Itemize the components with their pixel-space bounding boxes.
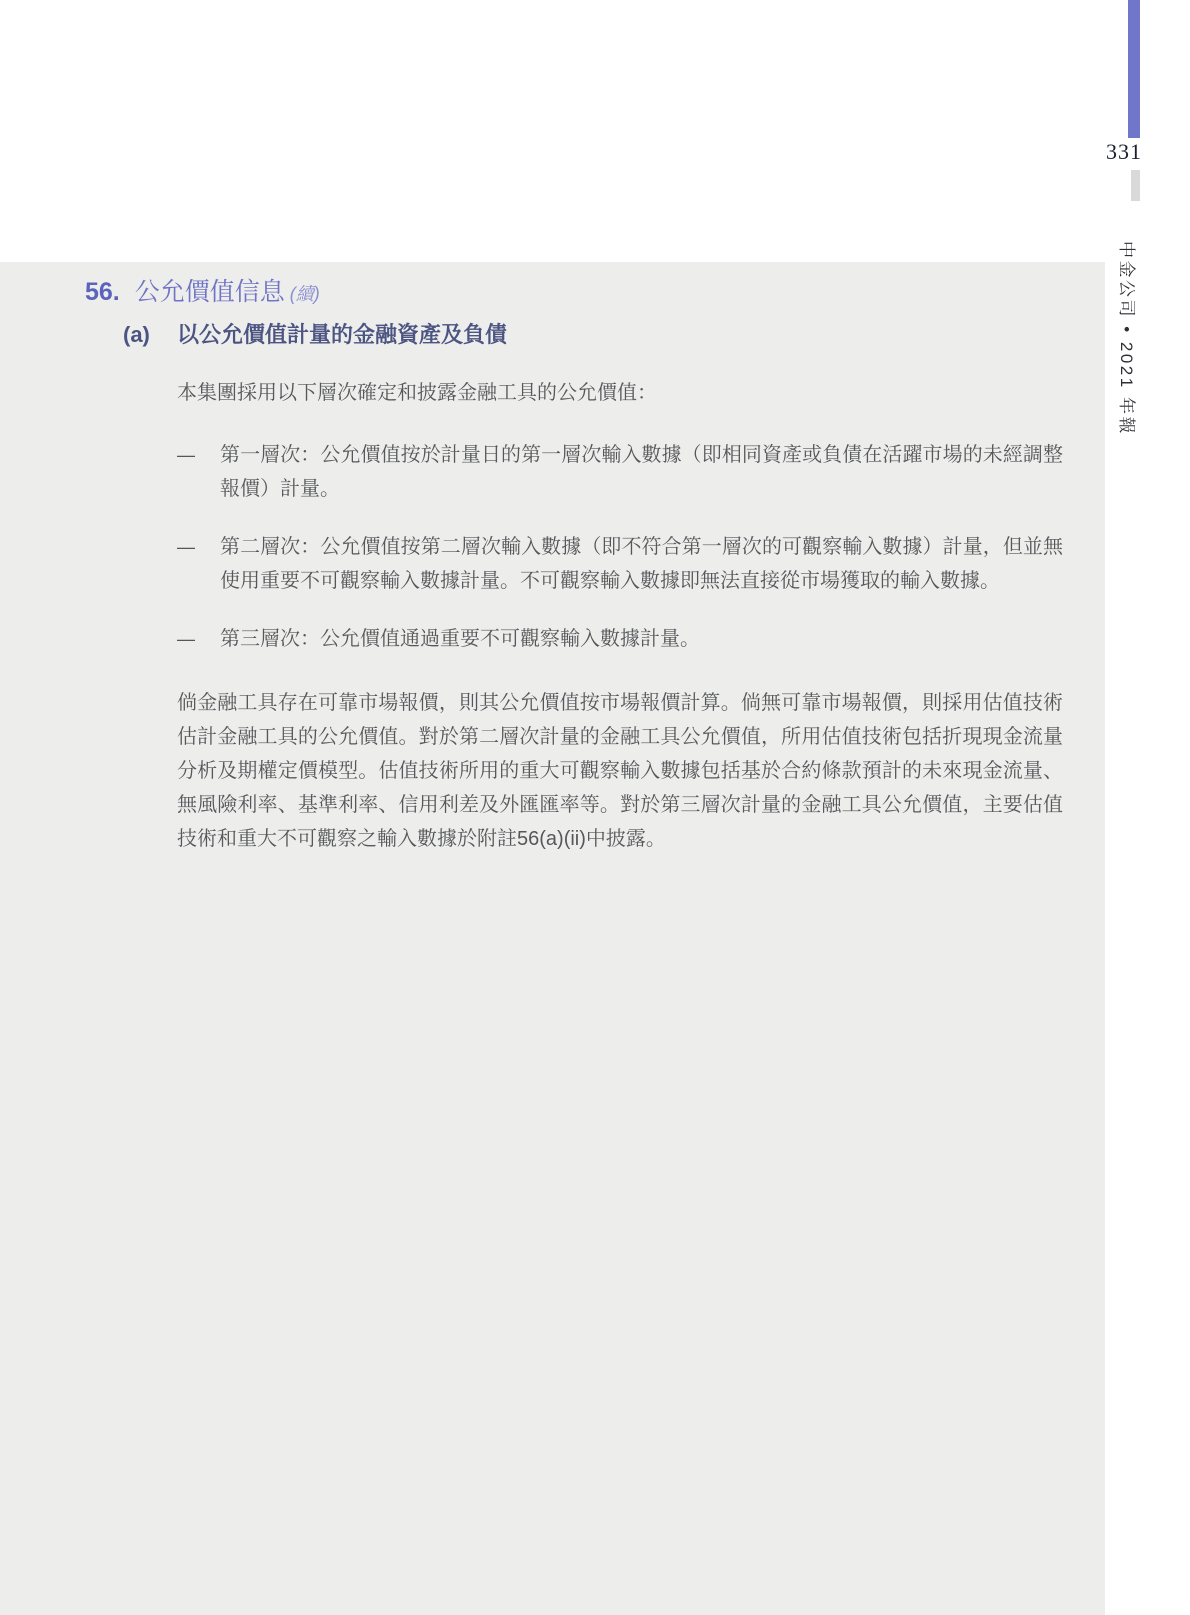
list-item: — 第一層次：公允價值按於計量日的第一層次輸入數據（即相同資產或負債在活躍市場的… xyxy=(177,438,1063,506)
page-number: 331 xyxy=(1098,139,1150,165)
content-panel: 56. 公允價值信息 (續) (a) 以公允價值計量的金融資產及負債 本集團採用… xyxy=(0,262,1105,1615)
section-continued-tag: (續) xyxy=(290,278,320,311)
subsection-title: 以公允價值計量的金融資產及負債 xyxy=(177,320,507,350)
dash-bullet-marker: — xyxy=(177,622,220,656)
list-item: — 第三層次：公允價值通過重要不可觀察輸入數據計量。 xyxy=(177,622,1063,656)
dash-bullet-marker: — xyxy=(177,438,220,506)
level-3-text: 第三層次：公允價值通過重要不可觀察輸入數據計量。 xyxy=(220,622,1063,656)
accent-bar xyxy=(1128,0,1140,138)
section-title: 公允價值信息 xyxy=(135,276,285,309)
subsection-label: (a) xyxy=(123,320,177,350)
fair-value-level-list: — 第一層次：公允價值按於計量日的第一層次輸入數據（即相同資產或負債在活躍市場的… xyxy=(177,438,1063,656)
page-number-tick xyxy=(1131,170,1140,201)
section-heading: 56. 公允價值信息 (續) xyxy=(85,276,1063,311)
report-rail-title: 中金公司 • 2021 年報 xyxy=(1116,241,1141,436)
subsection-body: 本集團採用以下層次確定和披露金融工具的公允價值： — 第一層次：公允價值按於計量… xyxy=(177,376,1063,856)
valuation-technique-paragraph: 倘金融工具存在可靠市場報價，則其公允價值按市場報價計算。倘無可靠市場報價，則採用… xyxy=(177,686,1063,856)
panel-inner: 56. 公允價值信息 (續) (a) 以公允價值計量的金融資產及負債 本集團採用… xyxy=(0,262,1105,856)
intro-paragraph: 本集團採用以下層次確定和披露金融工具的公允價值： xyxy=(177,376,1063,410)
level-2-text: 第二層次：公允價值按第二層次輸入數據（即不符合第一層次的可觀察輸入數據）計量，但… xyxy=(220,530,1063,598)
dash-bullet-marker: — xyxy=(177,530,220,598)
report-page: { "rail": { "page_number": "331", "sideb… xyxy=(0,0,1190,1615)
subsection-heading: (a) 以公允價值計量的金融資產及負債 xyxy=(123,320,1063,350)
section-number: 56. xyxy=(85,276,120,309)
level-1-text: 第一層次：公允價值按於計量日的第一層次輸入數據（即相同資產或負債在活躍市場的未經… xyxy=(220,438,1063,506)
list-item: — 第二層次：公允價值按第二層次輸入數據（即不符合第一層次的可觀察輸入數據）計量… xyxy=(177,530,1063,598)
